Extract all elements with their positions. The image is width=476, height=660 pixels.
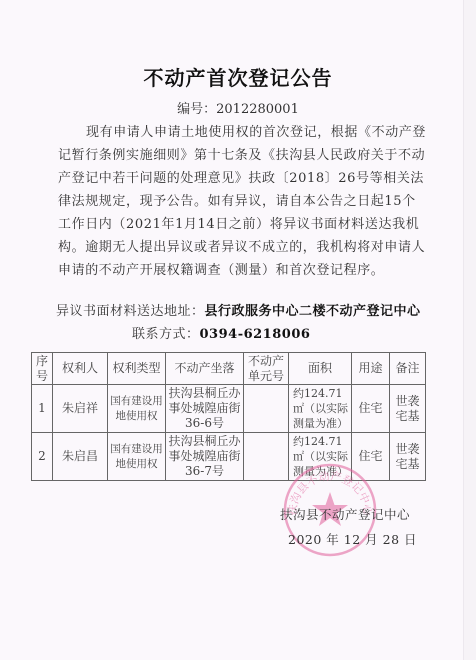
body-paragraph: 现有申请人申请土地使用权的首次登记，根据《不动产登记暂行条例实施细则》第十七条及… [58, 121, 428, 282]
table-row: 1 朱启祥 国有建设用地使用权 扶沟县桐丘办事处城隍庙街36-6号 约124.7… [32, 385, 426, 433]
header-unit-no: 不动产单元号 [244, 353, 289, 385]
body-paragraph-text: 现有申请人申请土地使用权的首次登记，根据《不动产登记暂行条例实施细则》第十七条及… [58, 125, 426, 278]
objection-address: 异议书面材料送达地址：县行政服务中心二楼不动产登记中心 [56, 300, 456, 319]
header-right-type: 权利类型 [108, 353, 166, 385]
cell-remark: 世袭宅基 [390, 433, 426, 481]
cell-area: 约124.71㎡（以实际测量为准） [289, 385, 352, 433]
header-no: 序号 [32, 353, 53, 385]
cell-location: 扶沟县桐丘办事处城隍庙街36-6号 [166, 385, 244, 433]
registration-table: 序号 权利人 权利类型 不动产坐落 不动产单元号 面积 用途 备注 1 朱启祥 … [31, 352, 426, 481]
contact-info: 联系方式：0394-6218006 [132, 323, 310, 342]
table-header-row: 序号 权利人 权利类型 不动产坐落 不动产单元号 面积 用途 备注 [32, 353, 426, 385]
cell-area: 约124.71㎡（以实际测量为准） [289, 433, 352, 481]
cell-no: 2 [32, 433, 53, 481]
address-label: 异议书面材料送达地址： [56, 304, 205, 319]
cell-unit-no [244, 385, 289, 433]
cell-usage: 住宅 [352, 385, 390, 433]
contact-label: 联系方式： [132, 327, 200, 342]
contact-phone: 0394-6218006 [200, 327, 311, 342]
cell-right-type: 国有建设用地使用权 [108, 433, 166, 481]
document-title: 不动产首次登记公告 [0, 62, 476, 91]
header-usage: 用途 [352, 353, 390, 385]
cell-owner: 朱启昌 [53, 433, 108, 481]
cell-no: 1 [32, 385, 53, 433]
cell-owner: 朱启祥 [53, 385, 108, 433]
cell-right-type: 国有建设用地使用权 [108, 385, 166, 433]
cell-remark: 世袭宅基 [390, 385, 426, 433]
cell-unit-no [244, 433, 289, 481]
signature-date: 2020 年 12 月 28 日 [288, 530, 417, 548]
document-number: 编号：2012280001 [0, 98, 476, 117]
header-location: 不动产坐落 [166, 353, 244, 385]
header-area: 面积 [289, 353, 352, 385]
cell-location: 扶沟县桐丘办事处城隍庙街36-7号 [166, 433, 244, 481]
address-value: 县行政服务中心二楼不动产登记中心 [205, 304, 421, 319]
table-row: 2 朱启昌 国有建设用地使用权 扶沟县桐丘办事处城隍庙街36-7号 约124.7… [32, 433, 426, 481]
cell-usage: 住宅 [352, 433, 390, 481]
signature-org: 扶沟县不动产登记中心 [280, 505, 410, 523]
doc-no-label: 编号： [177, 102, 216, 117]
header-remark: 备注 [390, 353, 426, 385]
doc-no-value: 2012280001 [216, 102, 299, 117]
header-owner: 权利人 [53, 353, 108, 385]
